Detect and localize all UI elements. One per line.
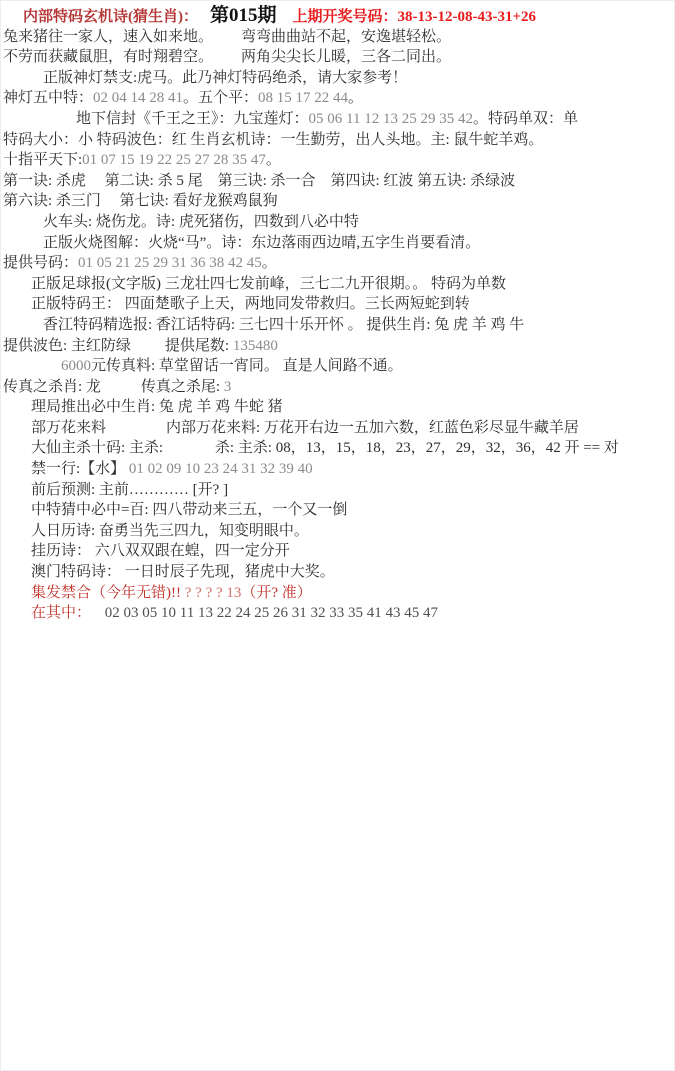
text-segment: ? ? ? ? 13 (185, 585, 242, 601)
text-segment: 理局推出必中生肖: 兔 虎 羊 鸡 牛蛇 猪 (31, 399, 283, 415)
text-segment: 神灯五中特： (3, 90, 93, 106)
text-segment: 传真之杀尾: (141, 379, 224, 395)
text-segment: 正版足球报(文字版) 三龙壮四七发前峰，三七二九开很期。。 特码为单数 (31, 276, 506, 292)
text-line-10: 第六诀: 杀三门 第七诀: 看好龙猴鸡鼠狗 (1, 191, 674, 212)
text-segment: 不劳而获藏鼠胆，有时翔碧空。 (3, 49, 213, 65)
text-segment: 兔来猪往一家人，速入如来地。 (3, 29, 213, 45)
text-segment: 部万花来料 (31, 420, 106, 436)
text-segment: 元传真料: 草堂留话一宵同。 直是人间路不通。 (91, 358, 403, 374)
text-segment: 挂历诗： 六八双双跟在蝗，四一定分开 (31, 543, 290, 559)
text-line-28: 澳门特码诗： 一日时辰子先现，猪虎中大奖。 (1, 562, 674, 583)
text-segment: 02 04 14 28 41 (93, 90, 183, 106)
text-segment: 澳门特码诗： 一日时辰子先现，猪虎中大奖。 (31, 564, 335, 580)
text-segment: 香江特码精选报: 香江话特码: 三七四十乐开怀 。 提供生肖: 兔 虎 羊 鸡 … (43, 317, 524, 333)
text-segment: 02 03 05 10 11 13 22 24 25 26 31 32 33 3… (105, 605, 438, 621)
text-segment: 。 (262, 255, 277, 271)
text-segment: 。 (266, 152, 281, 168)
text-segment: 08，13，15，18，23，27，29，32，36，42 开 == 对 (276, 440, 619, 456)
text-segment: 上期开奖号码：38-13-12-08-43-31+26 (293, 9, 537, 25)
text-line-18: 6000元传真料: 草堂留话一宵同。 直是人间路不通。 (1, 356, 674, 377)
document-page: 内部特码玄机诗(猜生肖)：第015期上期开奖号码：38-13-12-08-43-… (0, 0, 675, 1071)
text-line-5: 神灯五中特：02 04 14 28 41。五个平：08 15 17 22 44。 (1, 88, 674, 109)
text-segment: 传真之杀肖: 龙 (3, 379, 101, 395)
text-line-19: 传真之杀肖: 龙传真之杀尾: 3 (1, 377, 674, 398)
text-segment: 人日历诗: 奋勇当先三四九，知变明眼中。 (31, 523, 309, 539)
text-line-7: 特码大小：小 特码波色：红 生肖玄机诗：一生勤劳，出人头地。主: 鼠牛蛇羊鸡。 (1, 130, 674, 151)
text-line-22: 大仙主杀十码: 主杀: 杀: 主杀: 08，13，15，18，23，27，29，… (1, 438, 674, 459)
text-segment: 3 (224, 379, 232, 395)
text-line-11: 火车头: 烧伤龙。诗: 虎死猪伤，四数到八必中特 (1, 212, 674, 233)
text-segment: 在其中： (31, 605, 95, 621)
text-segment: 提供号码： (3, 255, 78, 271)
text-segment: 内部万花来料: 万花开右边一五加六数，红蓝色彩尽显牛藏羊居 (166, 420, 579, 436)
text-line-23: 禁一行:【水】 01 02 09 10 23 24 31 32 39 40 (1, 459, 674, 480)
text-line-15: 正版特码王： 四面楚歌子上天，两地同发带救归。三长两短蛇到转 (1, 294, 674, 315)
text-segment: 6000 (61, 358, 91, 374)
text-segment: （开? 准） (241, 585, 311, 601)
text-segment: 提供尾数: (165, 338, 233, 354)
text-segment: 01 05 21 25 29 31 36 38 42 45 (78, 255, 262, 271)
text-segment: 火车头: 烧伤龙。诗: 虎死猪伤，四数到八必中特 (43, 214, 359, 230)
text-segment: 杀: 主杀: (215, 440, 276, 456)
text-segment: 提供波色: 主红防绿 (3, 338, 131, 354)
text-segment: 十指平天下: (3, 152, 82, 168)
text-segment: 。 (348, 90, 363, 106)
text-segment: 正版特码王： 四面楚歌子上天，两地同发带救归。三长两短蛇到转 (31, 296, 470, 312)
text-segment: 禁一行:【水】 (31, 461, 129, 477)
text-segment: 正版火烧图解：火烧“马”。诗：东边落雨西边晴,五字生肖要看清。 (43, 235, 480, 251)
text-line-13: 提供号码：01 05 21 25 29 31 36 38 42 45。 (1, 253, 674, 274)
text-segment: 地下信封《千王之王》：九宝莲灯： (76, 111, 309, 127)
text-segment: 前后预测: 主前………… [开? ] (31, 482, 228, 498)
text-line-4: 正版神灯禁支:虎马。此乃神灯特码绝杀，请大家参考！ (1, 68, 674, 89)
text-line-1: 内部特码玄机诗(猜生肖)：第015期上期开奖号码：38-13-12-08-43-… (1, 6, 674, 27)
text-line-27: 挂历诗： 六八双双跟在蝗，四一定分开 (1, 541, 674, 562)
text-line-3: 不劳而获藏鼠胆，有时翔碧空。两角尖尖长儿暖，三各二同出。 (1, 47, 674, 68)
text-line-6: 地下信封《千王之王》：九宝莲灯：05 06 11 12 13 25 29 35 … (1, 109, 674, 130)
text-segment: 。特码单双：单 (473, 111, 578, 127)
text-line-16: 香江特码精选报: 香江话特码: 三七四十乐开怀 。 提供生肖: 兔 虎 羊 鸡 … (1, 315, 674, 336)
text-segment: 集发禁合（今年无错)!! (31, 585, 185, 601)
text-segment: 第015期 (210, 5, 277, 26)
text-segment: 两角尖尖长儿暖，三各二同出。 (241, 49, 451, 65)
text-segment: 第一诀: 杀虎 第二诀: 杀 5 尾 第三诀: 杀一合 第四诀: 红波 第五诀:… (3, 173, 515, 189)
text-segment: 特码大小：小 特码波色：红 生肖玄机诗：一生勤劳，出人头地。主: 鼠牛蛇羊鸡。 (3, 132, 543, 148)
text-line-12: 正版火烧图解：火烧“马”。诗：东边落雨西边晴,五字生肖要看清。 (1, 233, 674, 254)
text-line-9: 第一诀: 杀虎 第二诀: 杀 5 尾 第三诀: 杀一合 第四诀: 红波 第五诀:… (1, 171, 674, 192)
text-segment: 135480 (233, 338, 278, 354)
text-line-17: 提供波色: 主红防绿提供尾数: 135480 (1, 336, 674, 357)
text-line-21: 部万花来料内部万花来料: 万花开右边一五加六数，红蓝色彩尽显牛藏羊居 (1, 418, 674, 439)
text-line-25: 中特猜中必中=百: 四八带动来三五，一个又一倒 (1, 500, 674, 521)
text-segment: 弯弯曲曲站不起，安逸堪轻松。 (241, 29, 451, 45)
text-segment: 大仙主杀十码: 主杀: (31, 440, 167, 456)
text-line-20: 理局推出必中生肖: 兔 虎 羊 鸡 牛蛇 猪 (1, 397, 674, 418)
text-segment: 。五个平： (183, 90, 258, 106)
text-line-14: 正版足球报(文字版) 三龙壮四七发前峰，三七二九开很期。。 特码为单数 (1, 274, 674, 295)
text-segment: 05 06 11 12 13 25 29 35 42 (309, 111, 473, 127)
text-line-29: 集发禁合（今年无错)!! ? ? ? ? 13（开? 准） (1, 583, 674, 604)
text-line-8: 十指平天下:01 07 15 19 22 25 27 28 35 47。 (1, 150, 674, 171)
text-segment: 第六诀: 杀三门 第七诀: 看好龙猴鸡鼠狗 (3, 193, 278, 209)
text-segment: 01 07 15 19 22 25 27 28 35 47 (82, 152, 266, 168)
text-segment: 正版神灯禁支:虎马。此乃神灯特码绝杀，请大家参考！ (43, 70, 407, 86)
text-segment: 内部特码玄机诗(猜生肖)： (23, 9, 198, 25)
text-line-30: 在其中： 02 03 05 10 11 13 22 24 25 26 31 32… (1, 603, 674, 624)
text-lines-container: 内部特码玄机诗(猜生肖)：第015期上期开奖号码：38-13-12-08-43-… (1, 6, 674, 624)
text-line-26: 人日历诗: 奋勇当先三四九，知变明眼中。 (1, 521, 674, 542)
text-line-24: 前后预测: 主前………… [开? ] (1, 480, 674, 501)
text-segment: 08 15 17 22 44 (258, 90, 348, 106)
text-segment: 中特猜中必中=百: 四八带动来三五，一个又一倒 (31, 502, 347, 518)
text-segment: 01 02 09 10 23 24 31 32 39 40 (129, 461, 313, 477)
text-line-2: 兔来猪往一家人，速入如来地。弯弯曲曲站不起，安逸堪轻松。 (1, 27, 674, 48)
